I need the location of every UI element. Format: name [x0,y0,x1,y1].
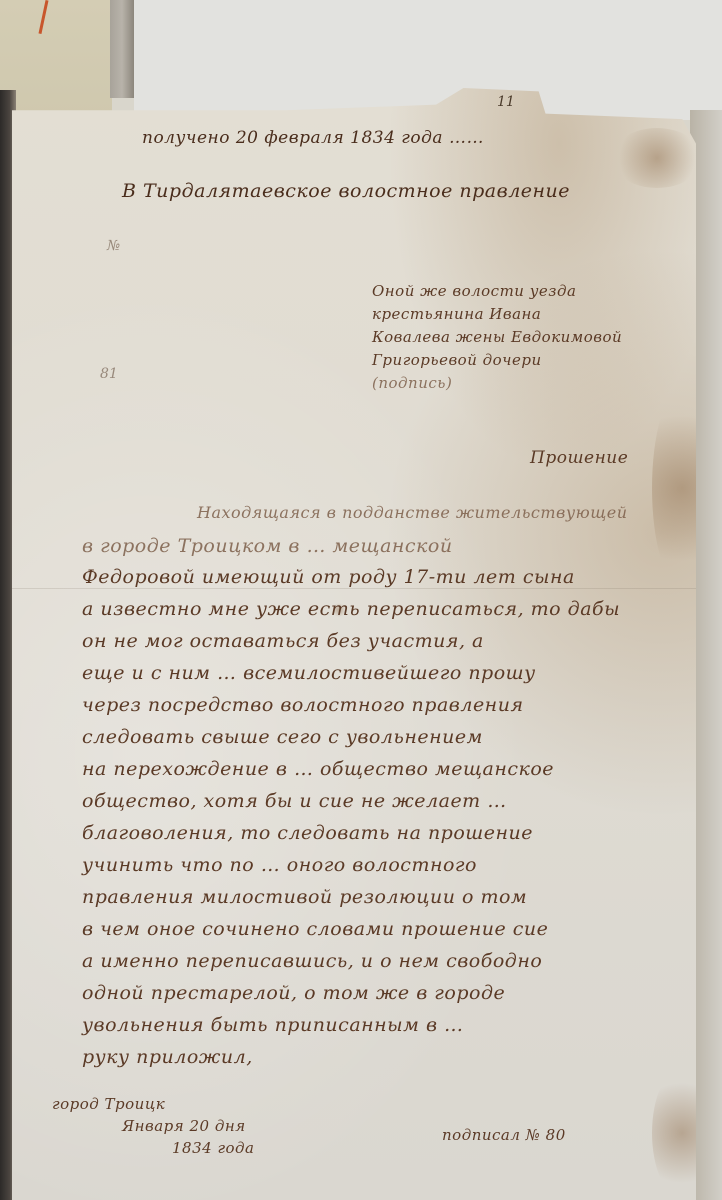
pen-mark [38,0,48,34]
petitioner-header: Оной же волости уезда крестьянина Ивана … [372,280,672,395]
margin-mark: № [107,238,120,254]
signature-note: подписал № 80 [442,1124,566,1146]
folio-number: 11 [497,94,515,110]
fold-line [12,588,696,589]
body-line: через посредство волостного правления [82,694,524,716]
body-line: учинить что по … оного волостного [82,854,477,876]
body-line: правления милостивой резолюции о том [82,886,527,908]
place-date-block: город Троицк Января 20 дня 1834 года [52,1093,176,1159]
place-line: город Троицк [52,1093,176,1115]
date-line: Января 20 дня [122,1115,246,1137]
header-line: Оной же волости уезда [372,280,672,303]
body-line: увольнения быть приписанным в … [82,1014,464,1036]
background-wall-right [134,0,722,120]
addressee-line: В Тирдалятаевское волостное правление [122,180,570,202]
receipt-annotation: получено 20 февраля 1834 года …… [142,128,484,148]
year-line: 1834 года [172,1137,296,1159]
header-line: крестьянина Ивана [372,303,672,326]
body-line: а именно переписавшись, и о нем свободно [82,950,542,972]
body-line: руку приложил, [82,1046,253,1068]
background-wall-left [0,0,112,120]
background-frame-post [110,0,134,98]
body-line: на перехождение в … общество мещанское [82,758,554,780]
document-page: 11 получено 20 февраля 1834 года …… В Ти… [12,88,696,1200]
header-line: Григорьевой дочери [372,349,672,372]
body-line: еще и с ним … всемилостивейшего прошу [82,662,536,684]
body-line: следовать свыше сего с увольнением [82,726,483,748]
document-title: Прошение [530,448,628,468]
header-line: Ковалева жены Евдокимовой [372,326,672,349]
body-line: он не мог оставаться без участия, а [82,630,484,652]
header-line: (подпись) [372,372,672,395]
body-line: благоволения, то следовать на прошение [82,822,533,844]
body-line: Федоровой имеющий от роду 17-ти лет сына [82,566,575,588]
body-line: в городе Троицком в … мещанской [82,535,453,557]
body-line: в чем оное сочинено словами прошение сие [82,918,548,940]
body-line: одной престарелой, о том же в городе [82,982,505,1004]
body-line: общество, хотя бы и сие не желает … [82,790,507,812]
stain [612,128,702,188]
body-line: Находящаяся в подданстве жительствующей [197,503,628,522]
margin-mark: 81 [100,366,118,382]
body-line: а известно мне уже есть переписаться, то… [82,598,620,620]
